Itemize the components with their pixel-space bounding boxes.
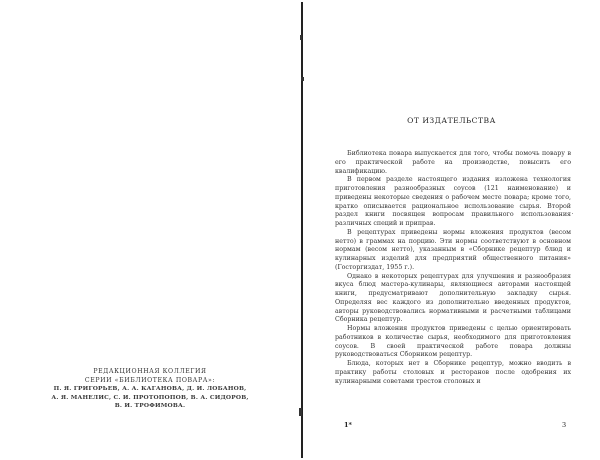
paragraph: Библиотека повара выпускается для того, … — [335, 150, 571, 176]
paragraph: В рецептурах приведены нормы вложения пр… — [335, 229, 571, 273]
paragraph: Нормы вложения продуктов приведены с цел… — [335, 325, 571, 360]
editorial-board-names-line3: В. И. ТРОФИМОВА. — [40, 402, 260, 411]
gutter-mark — [299, 408, 302, 416]
editorial-board-title-line2: СЕРИИ «БИБЛИОТЕКА ПОВАРА»: — [40, 377, 260, 386]
paragraph: Блюда, которых нет в Сборнике рецептур, … — [335, 360, 571, 386]
paragraph: Однако в некоторых рецептурах для улучше… — [335, 273, 571, 326]
left-page: РЕДАКЦИОННАЯ КОЛЛЕГИЯ СЕРИИ «БИБЛИОТЕКА … — [0, 0, 302, 460]
page-number: 3 — [562, 421, 566, 429]
editorial-board-names-line2: А. Я. МАНЕЛИС, С. И. ПРОТОПОПОВ, В. А. С… — [40, 394, 260, 403]
scan-speck — [572, 213, 573, 214]
body-text: Библиотека повара выпускается для того, … — [335, 150, 571, 386]
section-heading: ОТ ИЗДАТЕЛЬСТВА — [303, 116, 600, 125]
paragraph: В первом разделе настоящего издания изло… — [335, 176, 571, 229]
editorial-board: РЕДАКЦИОННАЯ КОЛЛЕГИЯ СЕРИИ «БИБЛИОТЕКА … — [40, 368, 260, 411]
book-spread: РЕДАКЦИОННАЯ КОЛЛЕГИЯ СЕРИИ «БИБЛИОТЕКА … — [0, 0, 600, 460]
signature-mark: 1* — [344, 421, 352, 429]
editorial-board-names-line1: П. Я. ГРИГОРЬЕВ, А. А. КАГАНОВА, Д. И. Л… — [40, 385, 260, 394]
gutter-mark — [300, 35, 302, 40]
editorial-board-title-line1: РЕДАКЦИОННАЯ КОЛЛЕГИЯ — [40, 368, 260, 377]
right-page: ОТ ИЗДАТЕЛЬСТВА Библиотека повара выпуск… — [303, 0, 600, 460]
